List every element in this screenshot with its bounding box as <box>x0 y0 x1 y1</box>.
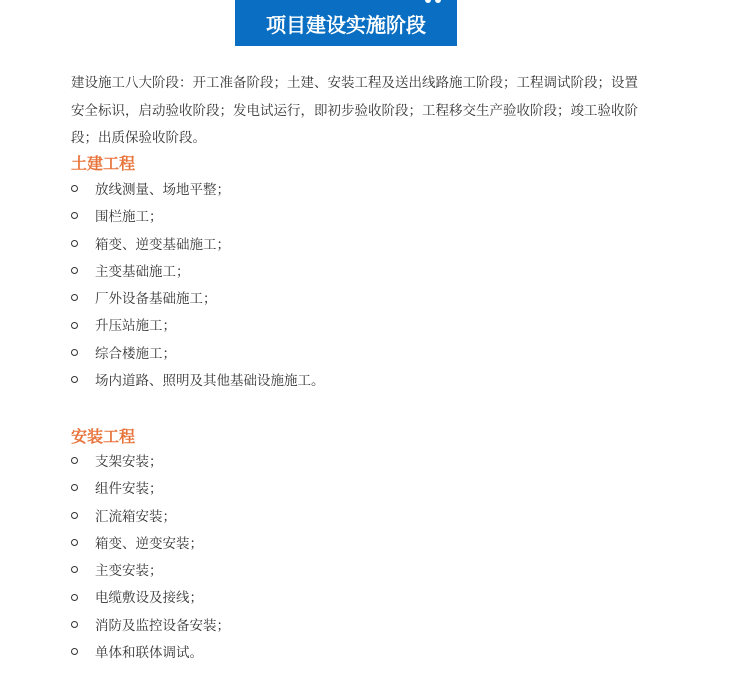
circle-bullet-icon <box>71 457 78 464</box>
circle-bullet-icon <box>71 185 78 192</box>
civil-works-list: 放线测量、场地平整； 围栏施工； 箱变、逆变基础施工； 主变基础施工； 厂外设备… <box>71 177 325 395</box>
circle-bullet-icon <box>71 539 78 546</box>
list-item: 组件安装； <box>71 476 230 503</box>
installation-works-list: 支架安装； 组件安装； 汇流箱安装； 箱变、逆变安装； 主变安装； 电缆敷设及接… <box>71 449 230 667</box>
list-item: 汇流箱安装； <box>71 504 230 531</box>
list-item: 放线测量、场地平整； <box>71 177 325 204</box>
circle-bullet-icon <box>71 349 78 356</box>
list-item: 消防及监控设备安装； <box>71 613 230 640</box>
intro-paragraph: 建设施工八大阶段：开工准备阶段；土建、安装工程及送出线路施工阶段；工程调试阶段；… <box>71 70 641 153</box>
list-item: 主变安装； <box>71 558 230 585</box>
circle-bullet-icon <box>71 484 78 491</box>
section-banner: 项目建设实施阶段 <box>235 0 457 46</box>
list-item: 围栏施工； <box>71 204 325 231</box>
dot-icon <box>425 0 431 3</box>
list-item: 升压站施工； <box>71 313 325 340</box>
dot-icon <box>435 0 441 3</box>
circle-bullet-icon <box>71 594 78 601</box>
list-item: 主变基础施工； <box>71 259 325 286</box>
list-item: 电缆敷设及接线； <box>71 585 230 612</box>
circle-bullet-icon <box>71 621 78 628</box>
list-item: 箱变、逆变安装； <box>71 531 230 558</box>
banner-title: 项目建设实施阶段 <box>266 9 426 38</box>
list-item: 场内道路、照明及其他基础设施施工。 <box>71 368 325 395</box>
circle-bullet-icon <box>71 267 78 274</box>
list-item: 支架安装； <box>71 449 230 476</box>
list-item: 箱变、逆变基础施工； <box>71 232 325 259</box>
circle-bullet-icon <box>71 212 78 219</box>
section-title-installation: 安装工程 <box>71 424 135 447</box>
section-title-civil: 土建工程 <box>71 151 135 174</box>
circle-bullet-icon <box>71 648 78 655</box>
circle-bullet-icon <box>71 566 78 573</box>
list-item: 综合楼施工； <box>71 341 325 368</box>
circle-bullet-icon <box>71 294 78 301</box>
circle-bullet-icon <box>71 512 78 519</box>
circle-bullet-icon <box>71 376 78 383</box>
list-item: 厂外设备基础施工； <box>71 286 325 313</box>
circle-bullet-icon <box>71 240 78 247</box>
decorative-dots <box>425 0 441 3</box>
circle-bullet-icon <box>71 322 78 329</box>
list-item: 单体和联体调试。 <box>71 640 230 667</box>
